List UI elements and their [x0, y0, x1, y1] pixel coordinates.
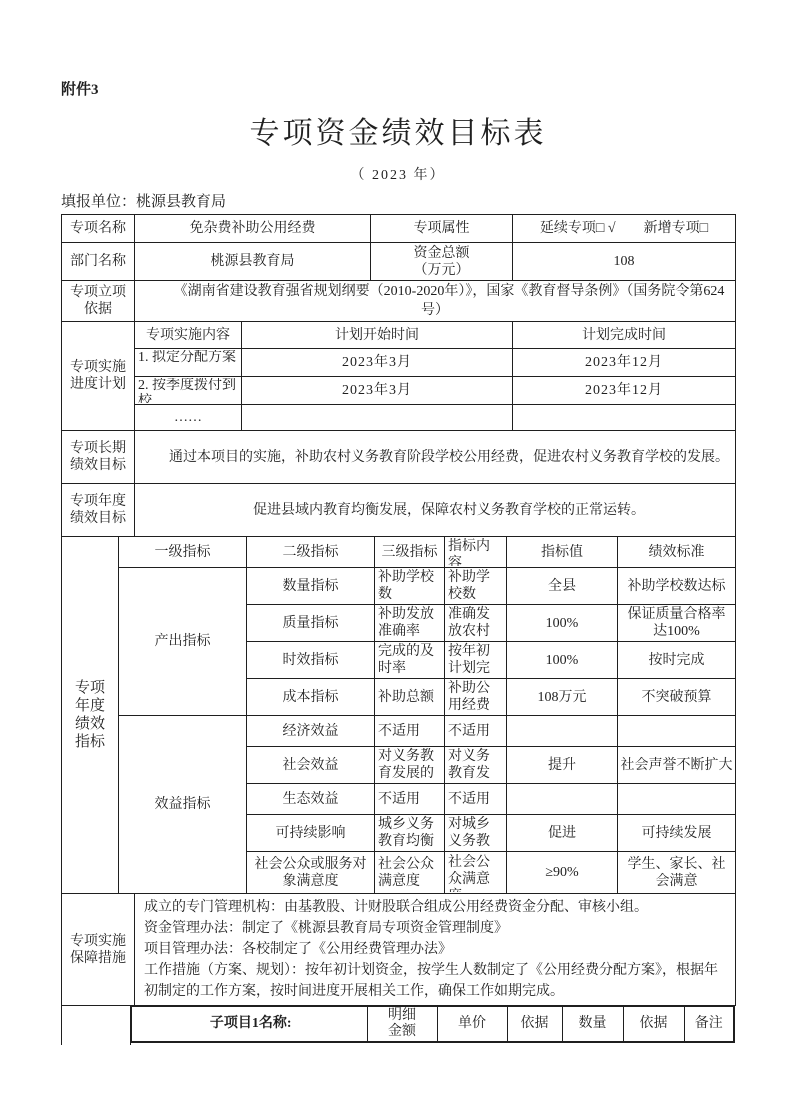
- schedule-table: 专项实施进度计划 专项实施内容 计划开始时间 计划完成时间 1. 拟定分配方案 …: [61, 321, 736, 431]
- table-row: 专项立项依据 《湖南省建设教育强省规划纲要（2010-2020年）》，国家《教育…: [62, 281, 736, 322]
- table-row: 专项名称 免杂费补助公用经费 专项属性 延续专项□ √ 新增专项□: [62, 215, 736, 243]
- basic-info-table: 专项名称 免杂费补助公用经费 专项属性 延续专项□ √ 新增专项□ 部门名称 桃…: [61, 214, 736, 322]
- subproject-band: 子项目1名称: 明细金额 单价 依据 数量 依据 备注: [61, 1005, 735, 1045]
- schedule-row2-start: 2023年3月: [242, 377, 513, 405]
- indicator-standard: 学生、家长、社会满意: [618, 852, 736, 894]
- indicator-standard: [618, 784, 736, 815]
- table-row: 2. 按季度拨付到校 2023年3月 2023年12月: [62, 377, 736, 405]
- table-row: 专项年度绩效目标 促进县域内教育均衡发展，保障农村义务教育学校的正常运转。: [62, 484, 736, 537]
- project-name-value: 免杂费补助公用经费: [135, 215, 371, 243]
- header-level2: 二级指标: [247, 537, 375, 568]
- indicator-l2: 经济效益: [247, 716, 375, 747]
- safeguard-line: 工作措施（方案、规划）：按年初计划资金，按学生人数制定了《公用经费分配方案》，根…: [144, 960, 726, 1002]
- total-amount-label-line2: （万元）: [374, 262, 509, 279]
- page-title: 专项资金绩效目标表: [61, 116, 735, 152]
- long-term-goal-label: 专项长期绩效目标: [62, 431, 135, 484]
- schedule-row1-start: 2023年3月: [242, 349, 513, 377]
- indicator-l3: 社会公众满意度: [375, 852, 445, 894]
- indicator-l2: 社会效益: [247, 747, 375, 784]
- document-page: 附件3 专项资金绩效目标表 （ 2023 年） 填报单位：桃源县教育局 专项名称…: [0, 0, 794, 1108]
- basis-label: 专项立项依据: [62, 281, 135, 322]
- indicator-content: 准确发放农村: [445, 605, 507, 642]
- indicator-content: 对城乡义务教: [445, 815, 507, 852]
- indicator-value: 100%: [507, 642, 618, 679]
- indicator-content: 不适用: [445, 716, 507, 747]
- schedule-row3-end: [513, 405, 736, 431]
- indicator-value: [507, 716, 618, 747]
- indicator-value: 全县: [507, 568, 618, 605]
- indicator-l3: 不适用: [375, 784, 445, 815]
- safeguard-table: 专项实施保障措施 成立的专门管理机构：由基教股、计财股联合组成公用经费资金分配、…: [61, 893, 736, 1006]
- safeguard-label: 专项实施保障措施: [62, 894, 135, 1006]
- indicators-header-row: 专项年度绩效指标 一级指标 二级指标 三级指标 指标内容 指标值 绩效标准: [62, 537, 736, 568]
- indicator-content: 对义务教育发: [445, 747, 507, 784]
- table-row: 专项实施保障措施 成立的专门管理机构：由基教股、计财股联合组成公用经费资金分配、…: [62, 894, 736, 1006]
- basis-text: 《湖南省建设教育强省规划纲要（2010-2020年）》，国家《教育督导条例》（国…: [135, 281, 736, 322]
- table-row: 部门名称 桃源县教育局 资金总额 （万元） 108: [62, 243, 736, 281]
- indicator-content: 按年初计划完: [445, 642, 507, 679]
- schedule-header-end: 计划完成时间: [513, 322, 736, 349]
- indicator-l2: 社会公众或服务对象满意度: [247, 852, 375, 894]
- subproject-table: 子项目1名称: 明细金额 单价 依据 数量 依据 备注: [130, 1005, 735, 1043]
- indicator-standard: 社会声誉不断扩大: [618, 747, 736, 784]
- total-amount-label-line1: 资金总额: [374, 245, 509, 262]
- indicator-l3: 城乡义务教育均衡: [375, 815, 445, 852]
- indicator-standard: 不突破预算: [618, 679, 736, 716]
- subproject-header-unit-price: 单价: [437, 1006, 507, 1042]
- safeguard-text: 成立的专门管理机构：由基教股、计财股联合组成公用经费资金分配、审核小组。 资金管…: [135, 894, 736, 1006]
- indicator-l3: 完成的及时率: [375, 642, 445, 679]
- indicator-content: 补助学校数: [445, 568, 507, 605]
- department-label: 部门名称: [62, 243, 135, 281]
- attachment-note: 附件3: [61, 80, 735, 100]
- header-level1: 一级指标: [119, 537, 247, 568]
- group-output-label: 产出指标: [119, 568, 247, 716]
- indicator-l3: 补助总额: [375, 679, 445, 716]
- safeguard-line: 资金管理办法：制定了《桃源县教育局专项资金管理制度》: [144, 918, 726, 939]
- indicator-value: 促进: [507, 815, 618, 852]
- indicators-table: 专项年度绩效指标 一级指标 二级指标 三级指标 指标内容 指标值 绩效标准 产出…: [61, 536, 736, 894]
- indicator-content: 社会公众满意度: [445, 852, 507, 894]
- indicator-l3: 不适用: [375, 716, 445, 747]
- table-row: 1. 拟定分配方案 2023年3月 2023年12月: [62, 349, 736, 377]
- indicator-l2: 可持续影响: [247, 815, 375, 852]
- indicator-l3: 补助发放准确率: [375, 605, 445, 642]
- subproject-header-row: 子项目1名称: 明细金额 单价 依据 数量 依据 备注: [131, 1006, 734, 1042]
- subproject-header-quantity: 数量: [562, 1006, 623, 1042]
- indicator-value: 108万元: [507, 679, 618, 716]
- schedule-row1-content: 1. 拟定分配方案: [135, 349, 242, 377]
- total-amount-label: 资金总额 （万元）: [371, 243, 513, 281]
- project-name-label: 专项名称: [62, 215, 135, 243]
- schedule-label: 专项实施进度计划: [62, 322, 135, 431]
- schedule-row3-content: ……: [135, 405, 242, 431]
- indicator-l3: 对义务教育发展的: [375, 747, 445, 784]
- subproject-header-basis2: 依据: [623, 1006, 684, 1042]
- schedule-row2-content: 2. 按季度拨付到校: [135, 377, 242, 405]
- schedule-row1-end: 2023年12月: [513, 349, 736, 377]
- subproject-header-basis1: 依据: [507, 1006, 562, 1042]
- table-row: 专项实施进度计划 专项实施内容 计划开始时间 计划完成时间: [62, 322, 736, 349]
- table-row: ……: [62, 405, 736, 431]
- schedule-header-start: 计划开始时间: [242, 322, 513, 349]
- attribute-label: 专项属性: [371, 215, 513, 243]
- indicator-value: [507, 784, 618, 815]
- indicator-value: 提升: [507, 747, 618, 784]
- schedule-row3-start: [242, 405, 513, 431]
- indicator-l2: 成本指标: [247, 679, 375, 716]
- group-benefit-label: 效益指标: [119, 716, 247, 894]
- subproject-header-detail-amount: 明细金额: [367, 1006, 437, 1042]
- indicator-l3: 补助学校数: [375, 568, 445, 605]
- header-content: 指标内容: [445, 537, 507, 568]
- indicator-l2: 质量指标: [247, 605, 375, 642]
- indicator-row: 产出指标 数量指标 补助学校数 补助学校数 全县 补助学校数达标: [62, 568, 736, 605]
- indicator-value: ≥90%: [507, 852, 618, 894]
- table-row: 专项长期绩效目标 通过本项目的实施，补助农村义务教育阶段学校公用经费，促进农村义…: [62, 431, 736, 484]
- subproject-name-label: 子项目1名称:: [131, 1006, 367, 1042]
- indicator-standard: [618, 716, 736, 747]
- page-year: （ 2023 年）: [61, 167, 735, 185]
- safeguard-line: 成立的专门管理机构：由基教股、计财股联合组成公用经费资金分配、审核小组。: [144, 897, 726, 918]
- header-value: 指标值: [507, 537, 618, 568]
- attribute-checkboxes: 延续专项□ √ 新增专项□: [513, 215, 736, 243]
- header-level3: 三级指标: [375, 537, 445, 568]
- indicator-value: 100%: [507, 605, 618, 642]
- indicator-l2: 时效指标: [247, 642, 375, 679]
- reporting-unit: 填报单位：桃源县教育局: [61, 192, 735, 212]
- safeguard-line: 项目管理办法：各校制定了《公用经费管理办法》: [144, 939, 726, 960]
- indicator-content: 补助公用经费: [445, 679, 507, 716]
- indicator-l2: 数量指标: [247, 568, 375, 605]
- total-amount-value: 108: [513, 243, 736, 281]
- schedule-row2-end: 2023年12月: [513, 377, 736, 405]
- indicator-row: 效益指标 经济效益 不适用 不适用: [62, 716, 736, 747]
- schedule-header-content: 专项实施内容: [135, 322, 242, 349]
- subproject-header-remark: 备注: [684, 1006, 734, 1042]
- document-content: 附件3 专项资金绩效目标表 （ 2023 年） 填报单位：桃源县教育局 专项名称…: [61, 80, 735, 1045]
- goals-table: 专项长期绩效目标 通过本项目的实施，补助农村义务教育阶段学校公用经费，促进农村义…: [61, 430, 736, 537]
- long-term-goal-text: 通过本项目的实施，补助农村义务教育阶段学校公用经费，促进农村义务教育学校的发展。: [135, 431, 736, 484]
- annual-goal-label: 专项年度绩效目标: [62, 484, 135, 537]
- department-value: 桃源县教育局: [135, 243, 371, 281]
- indicator-standard: 补助学校数达标: [618, 568, 736, 605]
- subproject-left-stub: [61, 1005, 131, 1045]
- header-standard: 绩效标准: [618, 537, 736, 568]
- indicator-l2: 生态效益: [247, 784, 375, 815]
- indicator-standard: 按时完成: [618, 642, 736, 679]
- indicator-standard: 保证质量合格率达100%: [618, 605, 736, 642]
- indicator-standard: 可持续发展: [618, 815, 736, 852]
- indicators-side-label: 专项年度绩效指标: [62, 537, 119, 894]
- indicator-content: 不适用: [445, 784, 507, 815]
- annual-goal-text: 促进县域内教育均衡发展，保障农村义务教育学校的正常运转。: [135, 484, 736, 537]
